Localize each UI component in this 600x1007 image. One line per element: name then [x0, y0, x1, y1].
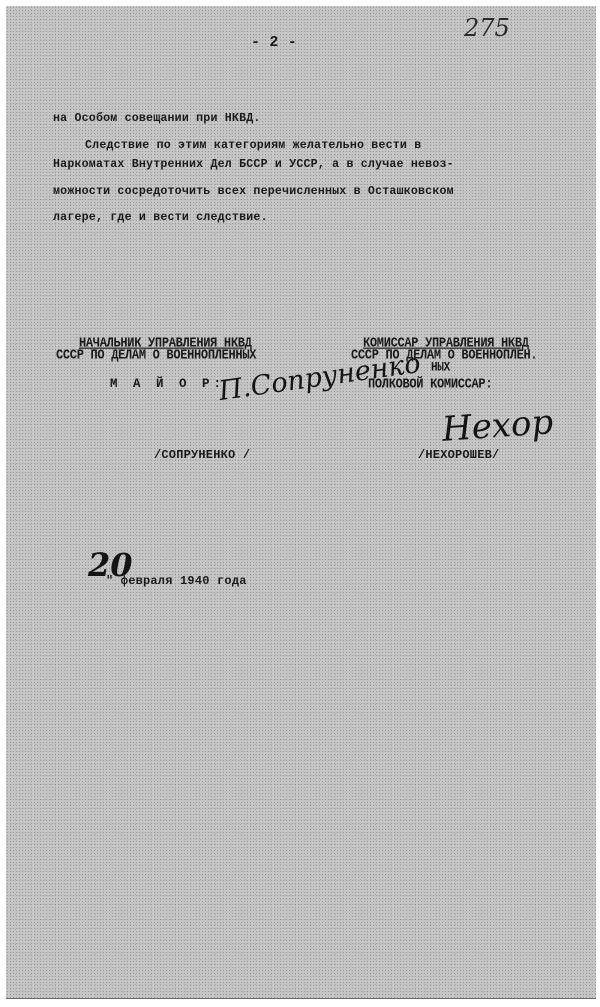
body-line: можности сосредоточить всех перечисленны… — [53, 185, 454, 198]
right-signatory-name: /НЕХОРОШЕВ/ — [418, 448, 499, 462]
archive-folio-number: 275 — [464, 14, 510, 42]
document-page: - 2 - 275 на Особом совещании при НКВД. … — [6, 6, 596, 999]
left-signatory-rank: М А Й О Р: — [110, 377, 225, 391]
left-signatory-name: /СОПРУНЕНКО / — [154, 448, 250, 462]
body-line: на Особом совещании при НКВД. — [53, 112, 261, 125]
body-line: Наркоматах Внутренних Дел БССР и УССР, а… — [53, 158, 454, 171]
right-signatory-rank: ПОЛКОВОЙ КОМИССАР: — [368, 376, 492, 392]
right-signatory-title-line3: НЫХ — [431, 361, 450, 375]
left-signatory-title-line2: СССР ПО ДЕЛАМ О ВОЕННОПЛЕННЫХ — [56, 347, 256, 363]
body-line: лагере, где и вести следствие. — [53, 211, 268, 224]
body-line: Следствие по этим категориям желательно … — [85, 139, 421, 152]
page-number: - 2 - — [251, 34, 297, 51]
right-handwritten-signature: Нехор — [441, 402, 555, 450]
date-month-year: " февраля 1940 года — [106, 574, 247, 588]
